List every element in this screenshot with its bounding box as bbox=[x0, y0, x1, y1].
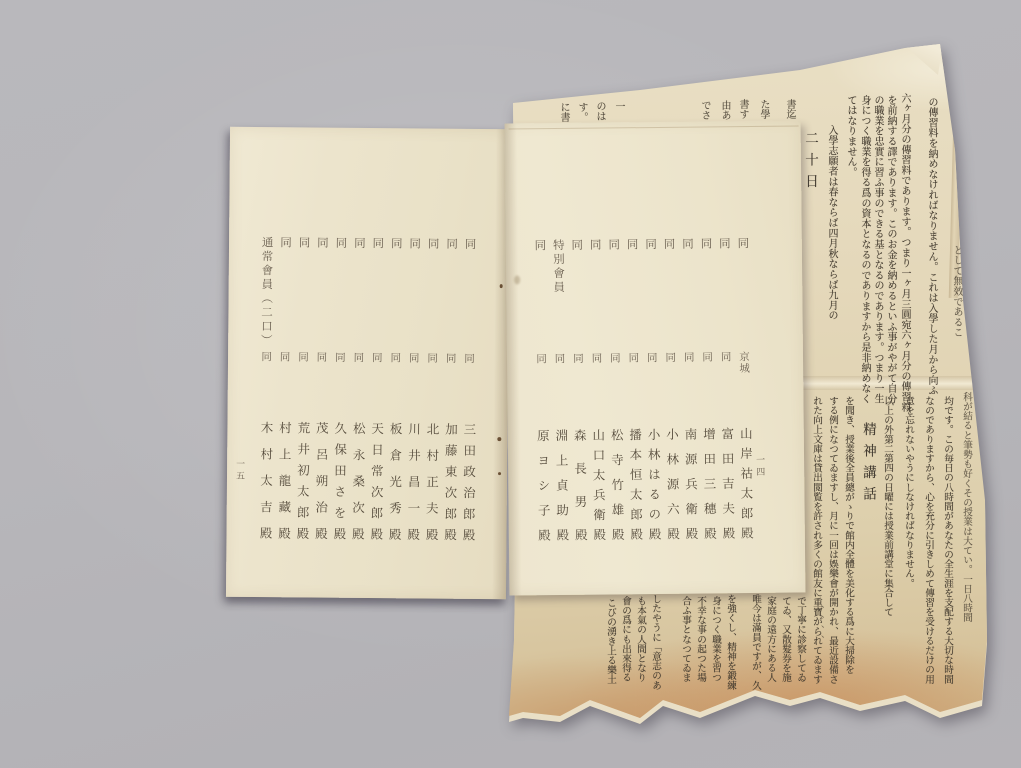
entry-place-label: 同 bbox=[682, 352, 697, 364]
entry-name: 北村正夫殿 bbox=[422, 422, 441, 540]
member-entry: 同同山口太兵衛殿 bbox=[587, 239, 607, 569]
sheet-text-column: 會の爲にも出來得る bbox=[618, 596, 632, 682]
entry-category-label: 同 bbox=[296, 236, 312, 250]
member-entry: 同同增田三穗殿 bbox=[698, 237, 718, 567]
entry-category-label: 同 bbox=[661, 238, 677, 252]
member-entry: 同同森長男殿 bbox=[569, 239, 589, 569]
paper-speck bbox=[500, 284, 503, 288]
member-list-right: 同京城山岸祜太郎殿同同富田吉夫殿同同增田三穗殿同同南源兵衛殿同同小林源六殿同同小… bbox=[530, 237, 755, 569]
entry-category-label: 同 bbox=[717, 237, 733, 251]
entry-category-label: 同 bbox=[606, 238, 622, 252]
entry-category-label: 同 bbox=[389, 237, 405, 251]
folded-corner bbox=[903, 42, 947, 78]
entry-category-label: 同 bbox=[315, 237, 331, 251]
sheet-text-column: 丶丶丶丶 bbox=[817, 604, 826, 644]
sheet-text-column: 一 bbox=[611, 101, 626, 111]
entry-category-label: 同 bbox=[698, 237, 714, 251]
entry-place-label: 同 bbox=[296, 351, 311, 363]
sheet-text-column: の傳習料を納めなければなりません。これは入學した月から向ふ bbox=[924, 97, 939, 396]
sheet-text-column: てゐ、又散髮券を施 bbox=[778, 596, 792, 682]
member-entry: 同同天日常次郎殿 bbox=[367, 237, 387, 567]
entry-place-label: 同 bbox=[351, 352, 366, 364]
entry-place-label: 同 bbox=[425, 352, 440, 364]
entry-category-label: 同 bbox=[426, 237, 442, 251]
page-number-right: 一四 bbox=[753, 455, 766, 479]
entry-name: 松寺竹雄殿 bbox=[607, 428, 626, 540]
sheet-text-column: 二十日 bbox=[800, 131, 820, 196]
entry-place-label: 同 bbox=[626, 352, 641, 364]
member-entry: 同同久保田さを殿 bbox=[330, 237, 350, 567]
entry-name: 增田三穗殿 bbox=[699, 427, 718, 539]
sheet-text-column: 合ふ事となつてゐま bbox=[678, 596, 692, 682]
entry-place-label: 同 bbox=[444, 353, 459, 365]
member-entry: 同同加藤東次郎殿 bbox=[441, 238, 461, 568]
entry-name: 木村太吉殿 bbox=[256, 421, 275, 539]
sheet-text-column: 家庭の遠方にある人 bbox=[763, 596, 777, 682]
member-entry: 同同北村正夫殿 bbox=[422, 237, 442, 567]
sheet-text-column: 科が結ると筆勢も好くその授業は大てい。一日八時間 bbox=[959, 392, 973, 622]
sheet-text-column: 書す bbox=[735, 99, 750, 120]
entry-name: 加藤東次郎殿 bbox=[441, 423, 460, 541]
entry-name: 茂呂朔治殿 bbox=[311, 422, 330, 540]
entry-place-label: 同 bbox=[277, 351, 292, 363]
entry-name: 山口太兵衛殿 bbox=[589, 429, 608, 541]
entry-name: 川井昌一殿 bbox=[404, 422, 423, 540]
entry-category-label: 同 bbox=[407, 237, 423, 251]
entry-category-label: 同 bbox=[370, 237, 386, 251]
sheet-text-column: を強くし、精神を鍛練 bbox=[723, 594, 737, 690]
entry-category-label: 同 bbox=[625, 238, 641, 252]
paper-stain bbox=[514, 275, 520, 284]
entry-name: 板倉光秀殿 bbox=[385, 422, 404, 540]
member-entry: 同同播本恒太郎殿 bbox=[624, 238, 644, 568]
member-entry: 同同原ヨシ子殿 bbox=[532, 239, 552, 569]
sheet-text-column: でさ bbox=[697, 100, 712, 121]
member-entry: 同同松寺竹雄殿 bbox=[606, 238, 626, 568]
entry-place-label: 同 bbox=[462, 353, 477, 365]
entry-place-label: 同 bbox=[552, 353, 567, 365]
sheet-text-column: したやうに「意志のあ bbox=[648, 594, 662, 690]
entry-category-label: 同 bbox=[532, 239, 548, 253]
page-number-left: 一五 bbox=[233, 459, 246, 483]
entry-place-label: 同 bbox=[407, 352, 422, 364]
member-entry: 同同小林源六殿 bbox=[661, 238, 681, 568]
sheet-text-column: 入學志願者は春ならば四月秋ならば九月の bbox=[824, 125, 839, 321]
entry-category-label: 同 bbox=[643, 238, 659, 252]
sheet-text-column: 由あ bbox=[717, 100, 732, 121]
entry-name: 森長男殿 bbox=[570, 429, 589, 541]
sheet-text-column: として無效であるこ bbox=[949, 245, 964, 338]
sheet-text-column: の職業を忠實に習ふ事のできる基となるのであります。つまり一生 bbox=[870, 95, 885, 404]
sheet-text-column: で丁寧に診察してゐ bbox=[793, 596, 807, 682]
entry-place-label: 同 bbox=[663, 352, 678, 364]
entry-place-label: 同 bbox=[700, 351, 715, 363]
entry-category-label: 特別會員 bbox=[551, 239, 568, 295]
entry-category-label: 同 bbox=[569, 239, 585, 253]
sheet-text-column: に書 bbox=[556, 102, 571, 123]
photo-background: 書迄た學書す由あでさ一のはす。に書 として無效であるこの傳習料を納めなければなり… bbox=[0, 0, 1021, 768]
entry-place-label: 同 bbox=[388, 352, 403, 364]
entry-name: 山岸祜太郎殿 bbox=[736, 427, 755, 539]
entry-place-label: 同 bbox=[571, 353, 586, 365]
member-entry: 同同南源兵衛殿 bbox=[679, 238, 699, 568]
entry-name: 小林はるの殿 bbox=[644, 428, 663, 540]
sheet-text-column: た學 bbox=[756, 99, 771, 120]
member-entry: 同同三田政治郎殿 bbox=[459, 238, 479, 568]
sheet-text-column: 均です。この毎日の八時間があなたの全生涯を支配する大切な時間 bbox=[940, 396, 954, 684]
sheet-text-column: のは bbox=[592, 101, 607, 122]
sheet-text-column: 不幸な事の起つた場 bbox=[693, 596, 707, 682]
entry-place-label: 同 bbox=[314, 352, 329, 364]
entry-category-label: 同 bbox=[333, 237, 349, 251]
entry-name: 久保田さを殿 bbox=[330, 422, 349, 540]
paper-speck bbox=[498, 472, 501, 475]
member-entry: 同同川井昌一殿 bbox=[404, 237, 424, 567]
paper-speck bbox=[497, 437, 501, 441]
entry-place-label: 同 bbox=[608, 352, 623, 364]
entry-place-label: 同 bbox=[645, 352, 660, 364]
sheet-text-column: なのでありますから、心を充分に引きしめて傳習を受けるだけの用 bbox=[921, 396, 935, 684]
entry-category-label: 同 bbox=[444, 238, 460, 252]
sheet-text-column: も本氣の人間となり bbox=[633, 596, 647, 682]
entry-category-label: 通常會員（二口） bbox=[259, 236, 276, 348]
entry-place-label: 京城 bbox=[737, 351, 752, 374]
entry-category-label: 同 bbox=[588, 239, 604, 253]
sheet-text-column: を聞き、授業後全員總がゝりで館内全體を美化する爲に大掃除を bbox=[841, 396, 855, 674]
sheet-text-column: 六ヶ月分の傳習料であります。つまり一ヶ月三圓宛六ヶ月分の傳習料 bbox=[897, 93, 912, 412]
sheet-text-column: 身につく職業を得る爲の資本となるのでありますから是非納めなく bbox=[857, 95, 872, 404]
member-entry: 同同村上龍藏殿 bbox=[275, 236, 295, 566]
entry-name: 松永桑次殿 bbox=[348, 422, 367, 540]
sheet-text-column: する例になつてゐますし、月に一回は娛樂會が開かれ、最近設備さ bbox=[825, 396, 839, 684]
member-entry: 同同板倉光秀殿 bbox=[385, 237, 405, 567]
member-list-left: 同同三田政治郎殿同同加藤東次郎殿同同北村正夫殿同同川井昌一殿同同板倉光秀殿同同天… bbox=[254, 236, 479, 568]
member-entry: 同同小林はるの殿 bbox=[642, 238, 662, 568]
sheet-text-column: てはなりません。 bbox=[843, 95, 858, 177]
sheet-text-column: 意を忘れないやうにしなければなりません。 bbox=[901, 396, 915, 588]
entry-category-label: 同 bbox=[462, 238, 478, 252]
member-entry: 通常會員（二口）同木村太吉殿 bbox=[256, 236, 276, 566]
sheet-text-column: す。 bbox=[574, 102, 589, 123]
booklet-left-page: 同同三田政治郎殿同同加藤東次郎殿同同北村正夫殿同同川井昌一殿同同板倉光秀殿同同天… bbox=[226, 127, 510, 599]
entry-name: 三田政治郎殿 bbox=[459, 423, 478, 541]
entry-name: 富田吉夫殿 bbox=[718, 427, 737, 539]
entry-place-label: 同 bbox=[718, 351, 733, 363]
member-entry: 特別會員同淵上貞助殿 bbox=[550, 239, 570, 569]
entry-name: 原ヨシ子殿 bbox=[533, 429, 552, 541]
entry-place-label: 同 bbox=[370, 352, 385, 364]
entry-name: 播本恒太郎殿 bbox=[626, 428, 645, 540]
entry-place-label: 同 bbox=[333, 352, 348, 364]
entry-name: 荒井初太郎殿 bbox=[293, 421, 312, 539]
sheet-text-column: 以上の外第二第四の日曜には授業前講堂に集合して bbox=[880, 396, 894, 617]
sheet-text-column: を前納する譯であります。このお金を納めるといふ事がやがて自分 bbox=[883, 95, 898, 404]
entry-category-label: 同 bbox=[352, 237, 368, 251]
sheet-text-column: こびの湧き上る樂土 bbox=[603, 598, 617, 684]
entry-category-label: 同 bbox=[735, 237, 751, 251]
booklet-right-page: 同京城山岸祜太郎殿同同富田吉夫殿同同增田三穗殿同同南源兵衛殿同同小林源六殿同同小… bbox=[505, 120, 806, 595]
member-entry: 同同茂呂朔治殿 bbox=[312, 237, 332, 567]
member-entry: 同同荒井初太郎殿 bbox=[293, 236, 313, 566]
member-entry: 同同松永桑次殿 bbox=[349, 237, 369, 567]
entry-place-label: 同 bbox=[589, 353, 604, 365]
entry-place-label: 同 bbox=[259, 351, 274, 363]
entry-name: 村上龍藏殿 bbox=[274, 421, 293, 539]
entry-place-label: 同 bbox=[534, 353, 549, 365]
entry-name: 南源兵衛殿 bbox=[681, 428, 700, 540]
entry-category-label: 同 bbox=[680, 238, 696, 252]
member-entry: 同京城山岸祜太郎殿 bbox=[735, 237, 755, 567]
sheet-text-column: 書迄 bbox=[782, 99, 797, 120]
entry-category-label: 同 bbox=[278, 236, 294, 250]
entry-name: 淵上貞助殿 bbox=[552, 429, 571, 541]
sheet-text-column: 唯今は滿員ですが、久 bbox=[748, 594, 762, 690]
entry-name: 小林源六殿 bbox=[662, 428, 681, 540]
sheet-text-column: 身につく職業を習つ bbox=[708, 596, 722, 682]
entry-name: 天日常次郎殿 bbox=[367, 422, 386, 540]
member-entry: 同同富田吉夫殿 bbox=[716, 237, 736, 567]
sheet-text-column: 精神講話 bbox=[858, 422, 878, 508]
